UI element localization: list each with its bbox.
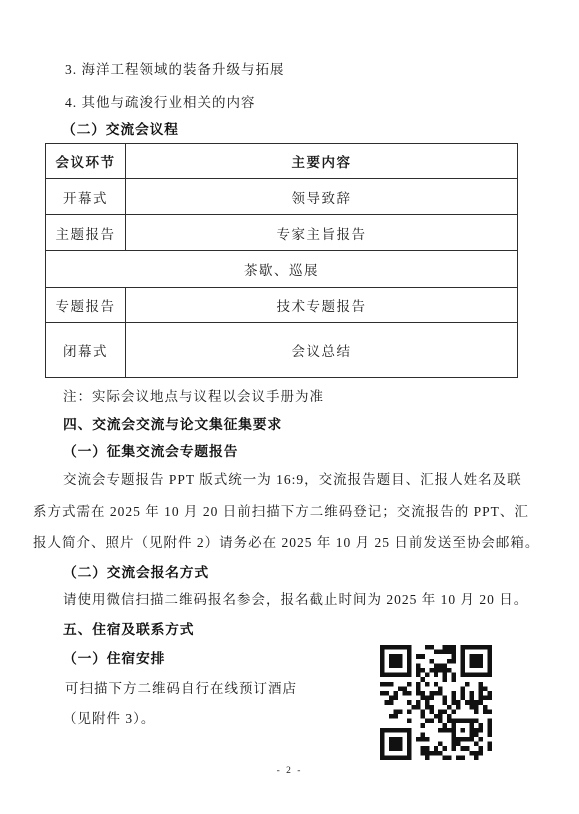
table-cell-merged: 茶歇、巡展 [46,251,518,288]
page-number: - 2 - [0,766,579,776]
document-page: 3. 海洋工程领域的装备升级与拓展 4. 其他与疏浚行业相关的内容 （二）交流会… [0,0,579,814]
table-cell-content: 专家主旨报告 [126,215,518,251]
table-cell-stage: 专题报告 [46,288,126,323]
section4-2-heading: （二）交流会报名方式 [63,564,209,581]
table-row: 专题报告 技术专题报告 [46,288,518,323]
table-row: 闭幕式 会议总结 [46,323,518,378]
table-row-merged: 茶歇、巡展 [46,251,518,288]
table-cell-content: 技术专题报告 [126,288,518,323]
report-paragraph-line: 交流会专题报告 PPT 版式统一为 16:9，交流报告题目、汇报人姓名及联 [63,472,522,489]
table-cell-content: 领导致辞 [126,179,518,215]
table-header-stage: 会议环节 [46,144,126,179]
report-paragraph-line: 报人简介、照片（见附件 2）请务必在 2025 年 10 月 25 日前发送至协… [33,535,539,552]
section4-heading: 四、交流会交流与论文集征集要求 [63,416,282,433]
section4-1-heading: （一）征集交流会专题报告 [63,443,238,460]
table-cell-stage: 主题报告 [46,215,126,251]
table-cell-stage: 闭幕式 [46,323,126,378]
hotel-paragraph-line: 可扫描下方二维码自行在线预订酒店 [65,681,297,698]
signup-paragraph: 请使用微信扫描二维码报名参会，报名截止时间为 2025 年 10 月 20 日。 [63,592,528,609]
table-header-row: 会议环节 主要内容 [46,144,518,179]
table-header-content: 主要内容 [126,144,518,179]
agenda-table: 会议环节 主要内容 开幕式 领导致辞 主题报告 专家主旨报告 茶歇、巡展 专题报… [45,143,518,378]
hotel-paragraph-line: （见附件 3）。 [63,711,155,728]
list-item-4: 4. 其他与疏浚行业相关的内容 [65,95,256,112]
table-note: 注：实际会议地点与议程以会议手册为准 [63,389,324,406]
table-row: 主题报告 专家主旨报告 [46,215,518,251]
table-row: 开幕式 领导致辞 [46,179,518,215]
report-paragraph-line: 系方式需在 2025 年 10 月 20 日前扫描下方二维码登记；交流报告的 P… [33,504,529,521]
table-cell-stage: 开幕式 [46,179,126,215]
agenda-section-heading: （二）交流会议程 [62,121,179,138]
section5-heading: 五、住宿及联系方式 [63,621,194,638]
list-item-3: 3. 海洋工程领域的装备升级与拓展 [65,62,285,79]
qr-code [380,645,492,760]
table-cell-content: 会议总结 [126,323,518,378]
section5-1-heading: （一）住宿安排 [63,650,165,667]
